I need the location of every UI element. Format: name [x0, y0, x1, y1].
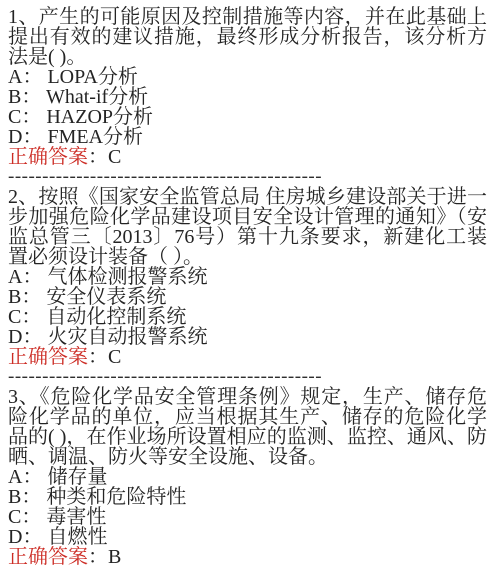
- answer-value: ：B: [88, 546, 121, 568]
- option-a: A： 储存量: [8, 467, 487, 487]
- option-d: D： 火灾自动报警系统: [8, 327, 487, 347]
- option-a: A： 气体检测报警系统: [8, 267, 487, 287]
- option-b: B： 安全仪表系统: [8, 287, 487, 307]
- separator-line: ----------------------------------------…: [8, 167, 487, 187]
- question-block-1: 1、产生的可能原因及控制措施等内容，并在此基础上提出有效的建议措施，最终形成分析…: [8, 7, 487, 167]
- option-c: C： 毒害性: [8, 507, 487, 527]
- question-block-3: 3、《危险化学品安全管理条例》规定，生产、储存危险化学品的单位，应当根据其生产、…: [8, 387, 487, 567]
- answer-label: 正确答案: [8, 146, 88, 168]
- answer-value: ：C: [88, 346, 121, 368]
- quiz-document: 1、产生的可能原因及控制措施等内容，并在此基础上提出有效的建议措施，最终形成分析…: [0, 0, 493, 567]
- question-text: 1、产生的可能原因及控制措施等内容，并在此基础上提出有效的建议措施，最终形成分析…: [8, 7, 487, 67]
- option-c: C： 自动化控制系统: [8, 307, 487, 327]
- answer-label: 正确答案: [8, 346, 88, 368]
- question-text: 3、《危险化学品安全管理条例》规定，生产、储存危险化学品的单位，应当根据其生产、…: [8, 387, 487, 467]
- option-b: B： What-if分析: [8, 87, 487, 107]
- question-block-2: 2、按照《国家安全监管总局 住房城乡建设部关于进一步加强危险化学品建设项目安全设…: [8, 187, 487, 367]
- answer-line: 正确答案：C: [8, 147, 487, 167]
- option-a: A： LOPA分析: [8, 67, 487, 87]
- separator-line: ----------------------------------------…: [8, 367, 487, 387]
- option-c: C： HAZOP分析: [8, 107, 487, 127]
- question-text: 2、按照《国家安全监管总局 住房城乡建设部关于进一步加强危险化学品建设项目安全设…: [8, 187, 487, 267]
- answer-line: 正确答案：C: [8, 347, 487, 367]
- answer-label: 正确答案: [8, 546, 88, 568]
- option-d: D： FMEA分析: [8, 127, 487, 147]
- answer-line: 正确答案：B: [8, 547, 487, 567]
- option-d: D： 自燃性: [8, 527, 487, 547]
- option-b: B： 种类和危险特性: [8, 487, 487, 507]
- answer-value: ：C: [88, 146, 121, 168]
